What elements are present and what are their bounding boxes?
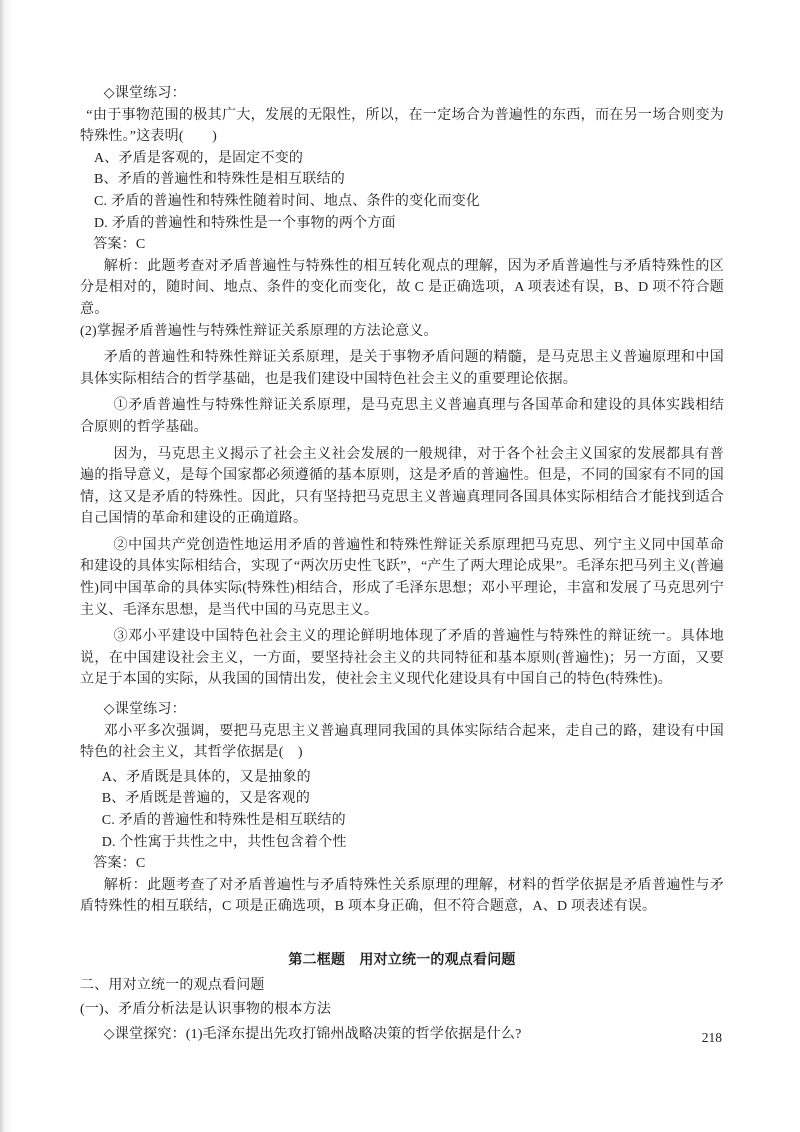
question-1-option-d: D. 矛盾的普遍性和特殊性是一个事物的两个方面 bbox=[94, 213, 724, 235]
question-2-analysis: 解析：此题考查了对矛盾普遍性与矛盾特殊性关系原理的理解，材料的哲学依据是矛盾普遍… bbox=[80, 875, 724, 918]
principle-summary: 矛盾的普遍性和特殊性辩证关系原理，是关于事物矛盾问题的精髓，是马克思主义普遍原理… bbox=[80, 347, 724, 390]
point-1: ①矛盾普遍性与特殊性辩证关系原理，是马克思主义普遍真理与各国革命和建设的具体实践… bbox=[80, 395, 724, 438]
practice-heading-1: ◇课堂练习： bbox=[80, 83, 724, 105]
question-2-option-b: B、矛盾既是普遍的，又是客观的 bbox=[102, 788, 724, 810]
frame-2-title: 第二框题 用对立统一的观点看问题 bbox=[80, 950, 724, 972]
question-1-option-a: A、矛盾是客观的，是固定不变的 bbox=[94, 148, 724, 170]
question-2-option-c: C. 矛盾的普遍性和特殊性是相互联结的 bbox=[102, 810, 724, 832]
practice-heading-2: ◇课堂练习： bbox=[80, 699, 724, 721]
page-number: 218 bbox=[702, 1030, 722, 1046]
question-2-answer: 答案：C bbox=[93, 853, 724, 875]
subsection-heading-1: (一)、矛盾分析法是认识事物的根本方法 bbox=[80, 999, 724, 1021]
question-2-option-a: A、矛盾既是具体的，又是抽象的 bbox=[102, 767, 724, 789]
document-page: ◇课堂练习：“由于事物范围的极其广大，发展的无限性，所以，在一定场合为普遍性的东… bbox=[0, 0, 800, 1132]
question-1-option-c: C. 矛盾的普遍性和特殊性随着时间、地点、条件的变化而变化 bbox=[94, 191, 724, 213]
method-section-heading: (2)掌握矛盾普遍性与特殊性辩证关系原理的方法论意义。 bbox=[80, 321, 724, 343]
point-3: ③邓小平建设中国特色社会主义的理论鲜明地体现了矛盾的普遍性与特殊性的辩证统一。具… bbox=[80, 626, 724, 691]
question-1-text: “由于事物范围的极其广大，发展的无限性，所以，在一定场合为普遍性的东西，而在另一… bbox=[80, 105, 724, 148]
question-1-analysis: 解析：此题考查对矛盾普遍性与特殊性的相互转化观点的理解，因为矛盾普遍性与矛盾特殊… bbox=[80, 256, 724, 321]
inquiry-question: ◇课堂探究：(1)毛泽东提出先攻打锦州战略决策的哲学依据是什么? bbox=[80, 1024, 724, 1046]
scan-edge-shadow bbox=[0, 0, 12, 1132]
document-body: ◇课堂练习：“由于事物范围的极其广大，发展的无限性，所以，在一定场合为普遍性的东… bbox=[80, 83, 724, 1045]
question-1-answer: 答案：C bbox=[93, 234, 724, 256]
point-1-explanation: 因为，马克思主义揭示了社会主义社会发展的一般规律，对于各个社会主义国家的发展都具… bbox=[80, 444, 724, 530]
question-2-option-d: D. 个性寓于共性之中，共性包含着个性 bbox=[102, 832, 724, 854]
question-2-text: 邓小平多次强调，要把马克思主义普遍真理同我国的具体实际结合起来，走自己的路，建设… bbox=[80, 721, 724, 764]
section-heading-2: 二、用对立统一的观点看问题 bbox=[80, 975, 724, 997]
question-1-option-b: B、矛盾的普遍性和特殊性是相互联结的 bbox=[94, 169, 724, 191]
point-2: ②中国共产党创造性地运用矛盾的普遍性和特殊性辩证关系原理把马克思、列宁主义同中国… bbox=[80, 535, 724, 621]
